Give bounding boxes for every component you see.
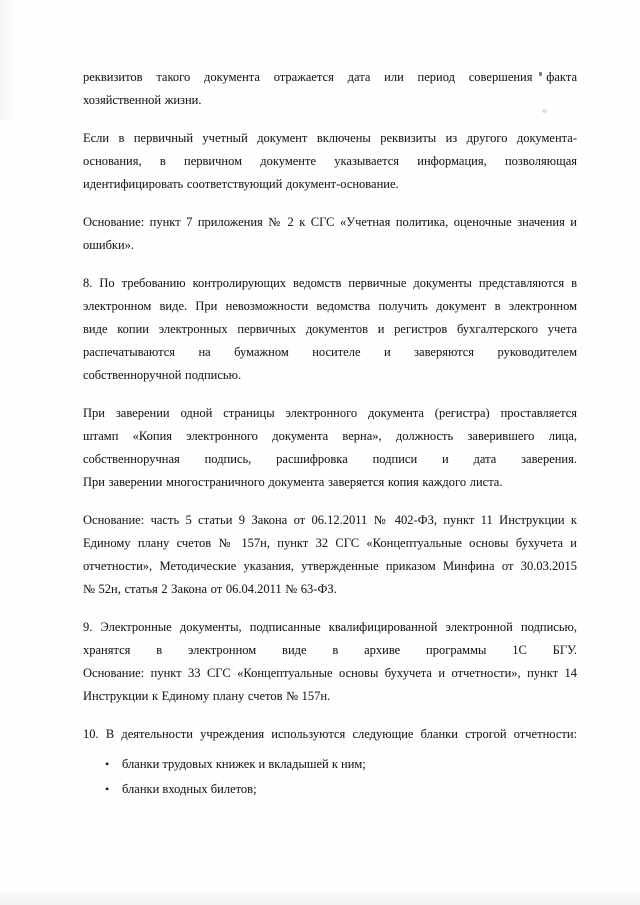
text-line: собственноручной подписью. (83, 364, 577, 387)
list-item: • бланки входных билетов; (83, 777, 577, 802)
text-line: 10. В деятельности учреждения используют… (83, 723, 577, 746)
text-line: собственноручная подпись, расшифровка по… (83, 448, 577, 471)
list-item: • бланки трудовых книжек и вкладышей к н… (83, 752, 577, 777)
list-item-text: бланки трудовых книжек и вкладышей к ним… (122, 757, 366, 771)
text-line: хранятся в электронном виде в архиве про… (83, 639, 577, 662)
text-line: ошибки». (83, 234, 577, 257)
text-line: распечатываются на бумажном носителе и з… (83, 341, 577, 364)
text-line: виде копии электронных первичных докумен… (83, 318, 577, 341)
paragraph-8-item-10: 10. В деятельности учреждения используют… (83, 723, 577, 746)
document-page: реквизитов такого документа отражается д… (0, 0, 640, 905)
paragraph-6-basis: Основание: часть 5 статьи 9 Закона от 06… (83, 509, 577, 601)
scan-edge-shadow (0, 891, 640, 905)
text-line: хозяйственной жизни. (83, 89, 577, 112)
bullet-list: • бланки трудовых книжек и вкладышей к н… (83, 752, 577, 802)
text-line: основания, в первичном документе указыва… (83, 150, 577, 173)
scan-smudge (0, 0, 16, 120)
text-line: 8. По требованию контролирующих ведомств… (83, 272, 577, 295)
text-line: идентифицировать соответствующий докумен… (83, 173, 577, 196)
text-line: Основание: часть 5 статьи 9 Закона от 06… (83, 509, 577, 532)
text-line: реквизитов такого документа отражается д… (83, 66, 577, 89)
text-line: При заверении одной страницы электронног… (83, 402, 577, 425)
page-text-block: реквизитов такого документа отражается д… (83, 66, 577, 802)
text-line: штамп «Копия электронного документа верн… (83, 425, 577, 448)
text-line: Если в первичный учетный документ включе… (83, 127, 577, 150)
text-line: отчетности», Методические указания, утве… (83, 555, 577, 578)
text-line: 9. Электронные документы, подписанные кв… (83, 616, 577, 639)
paragraph-2: Если в первичный учетный документ включе… (83, 127, 577, 196)
paragraph-5: При заверении одной страницы электронног… (83, 402, 577, 494)
text-line: Единому плану счетов № 157н, пункт 32 СГ… (83, 532, 577, 555)
text-line: При заверении многостраничного документа… (83, 471, 577, 494)
bullet-icon: • (105, 752, 109, 777)
paragraph-3-basis: Основание: пункт 7 приложения № 2 к СГС … (83, 211, 577, 257)
paragraph-4-item-8: 8. По требованию контролирующих ведомств… (83, 272, 577, 387)
paragraph-1: реквизитов такого документа отражается д… (83, 66, 577, 112)
paragraph-7-item-9: 9. Электронные документы, подписанные кв… (83, 616, 577, 708)
text-line: Инструкции к Единому плану счетов № 157н… (83, 685, 577, 708)
bullet-icon: • (105, 777, 109, 802)
text-line: Основание: пункт 7 приложения № 2 к СГС … (83, 211, 577, 234)
list-item-text: бланки входных билетов; (122, 782, 257, 796)
text-line: № 52н, статья 2 Закона от 06.04.2011 № 6… (83, 578, 577, 601)
text-line: Основание: пункт 33 СГС «Концептуальные … (83, 662, 577, 685)
text-line: электронном виде. При невозможности ведо… (83, 295, 577, 318)
